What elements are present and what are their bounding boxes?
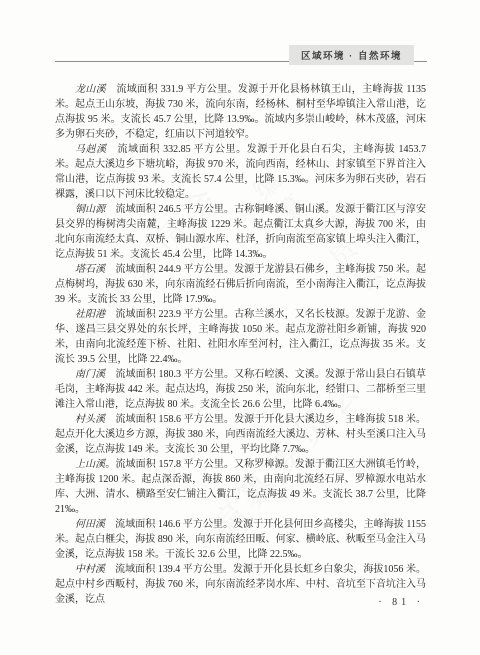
river-name-label: 中村溪 bbox=[75, 564, 105, 575]
paragraph-river-entry: 龙山溪 流域面积 331.9 平方公里。发源于开化县杨林镇王山，主峰海拔 113… bbox=[55, 82, 426, 142]
name-separator bbox=[105, 264, 115, 275]
river-name-label: 南门溪 bbox=[75, 369, 105, 380]
paragraph-river-entry: 社阳港 流域面积 223.9 平方公里。古称兰溪水，又名长枝源。发源于龙游、金华… bbox=[55, 307, 426, 367]
name-separator bbox=[106, 84, 116, 95]
name-separator bbox=[105, 564, 115, 575]
paragraph-river-entry: 马赳溪 流域面积 332.85 平方公里。发源于开化县白石尖，主峰海拔 1453… bbox=[55, 142, 426, 202]
river-name-label: 社阳港 bbox=[75, 309, 105, 320]
paragraph-river-entry: 何田溪 流域面积 146.6 平方公里。发源于开化县何田乡高楼尖，主峰海拔 11… bbox=[55, 517, 426, 562]
paragraph-river-entry: 铜山源 流域面积 246.5 平方公里。古称铜峰溪、铜山溪。发源于衢江区与淳安县… bbox=[55, 202, 426, 262]
name-separator bbox=[105, 414, 115, 425]
paragraph-river-entry: 塔石溪 流域面积 244.9 平方公里。发源于龙游县石佛乡，主峰海拔 750 米… bbox=[55, 262, 426, 307]
page-number: · 81 · bbox=[378, 597, 424, 608]
river-name-label: 何田溪 bbox=[75, 519, 105, 530]
name-separator bbox=[105, 309, 115, 320]
paragraph-river-entry: 中村溪 流域面积 139.4 平方公里。发源于开化县长虹乡白象尖，海拔1056 … bbox=[55, 562, 426, 607]
paragraph-river-entry: 村头溪 流域面积 158.6 平方公里。发源于开化县大溪边乡，主峰海拔 518 … bbox=[55, 412, 426, 457]
name-separator bbox=[105, 204, 115, 215]
paragraph-river-entry: 上山溪。流域面积 157.8 平方公里。又称罗樟源。发源于衢江区大洲镇毛竹岭，主… bbox=[55, 457, 426, 517]
name-separator bbox=[105, 519, 115, 530]
name-separator bbox=[105, 369, 115, 380]
river-name-label: 马赳溪 bbox=[75, 144, 107, 155]
river-name-label: 铜山源 bbox=[75, 204, 105, 215]
page-body-text: 龙山溪 流域面积 331.9 平方公里。发源于开化县杨林镇王山，主峰海拔 113… bbox=[55, 82, 426, 607]
river-name-label: 塔石溪 bbox=[75, 264, 105, 275]
name-separator bbox=[107, 144, 118, 155]
section-header-label: 区域环境 · 自然环境 bbox=[289, 45, 414, 65]
paragraph-river-entry: 南门溪 流域面积 180.3 平方公里。又称石崆溪、文溪。发源于常山县白石镇草毛… bbox=[55, 367, 426, 412]
river-name-label: 上山溪 bbox=[75, 459, 105, 470]
river-name-label: 村头溪 bbox=[75, 414, 105, 425]
river-name-label: 龙山溪 bbox=[75, 84, 106, 95]
name-separator: 。 bbox=[105, 459, 115, 470]
book-page: 编纂委员会 编纂委员会 编纂委员会 区域环境 · 自然环境 龙山溪 流域面积 3… bbox=[0, 0, 480, 655]
